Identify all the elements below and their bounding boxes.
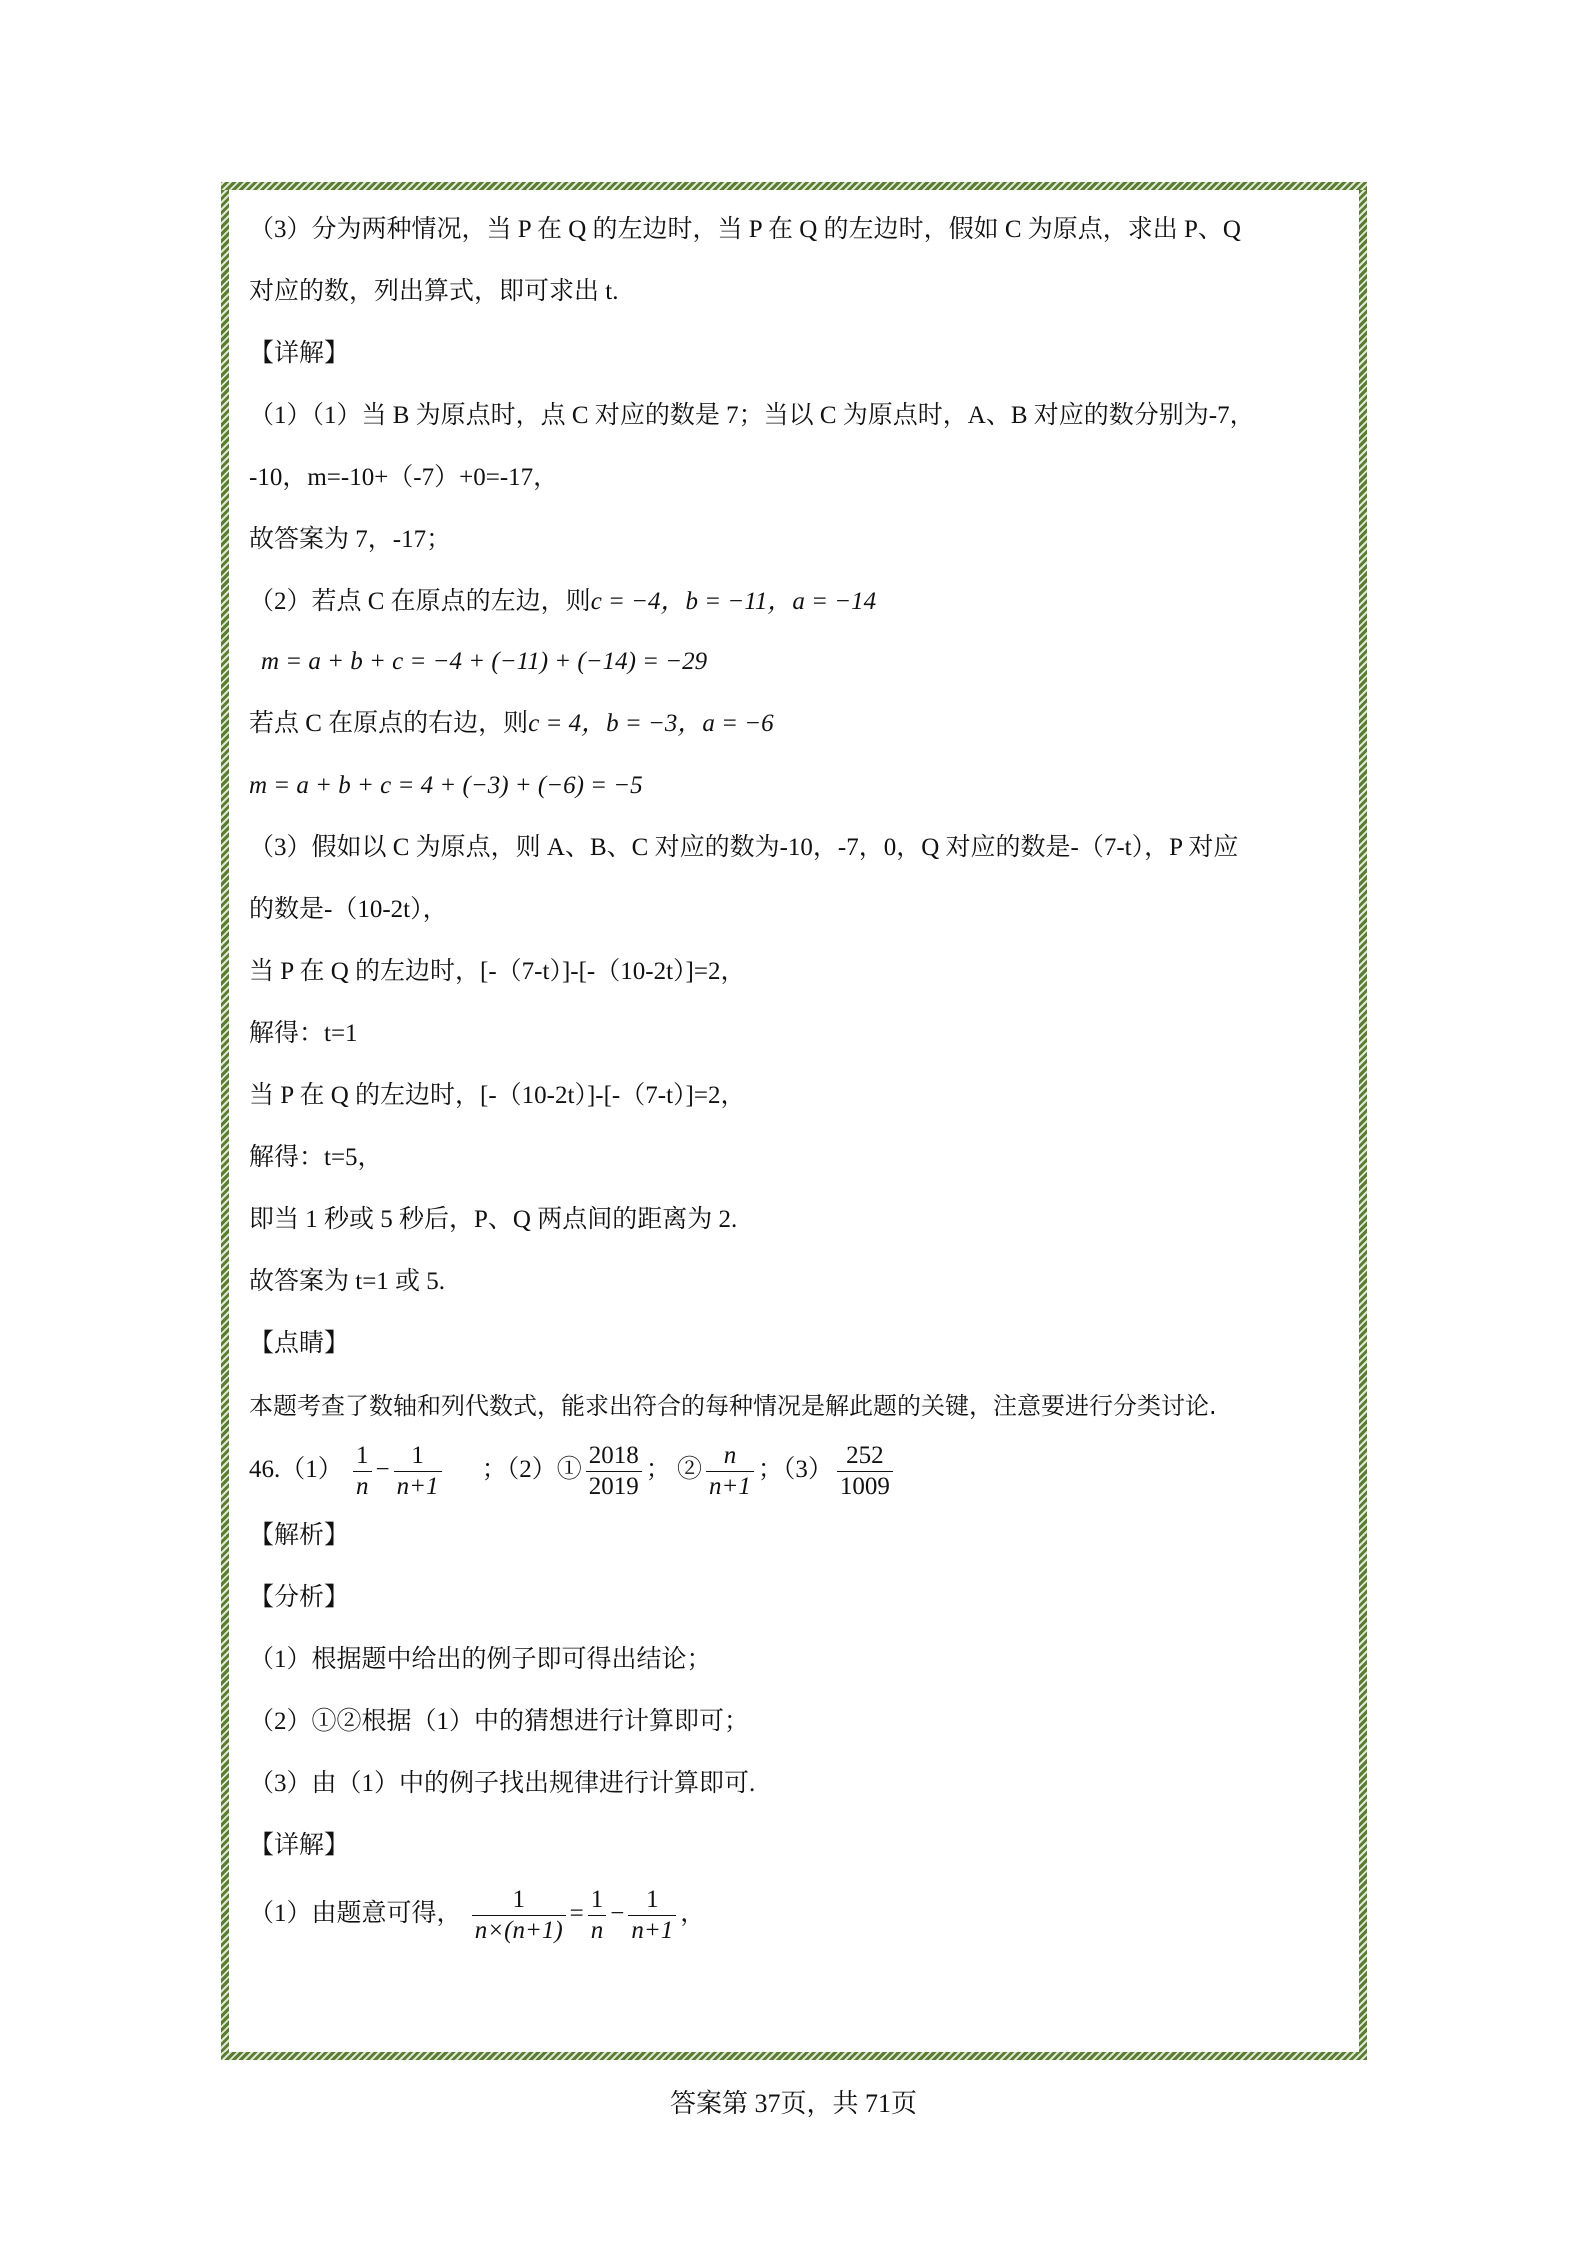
answer-frame: （3）分为两种情况，当 P 在 Q 的左边时，当 P 在 Q 的左边时，假如 C…: [221, 182, 1367, 2060]
minus-sign: −: [610, 1900, 624, 1927]
denominator: n+1: [628, 1915, 676, 1946]
numerator: 252: [843, 1441, 887, 1471]
text-line: 即当 1 秒或 5 秒后，P、Q 两点间的距离为 2.: [249, 1204, 737, 1236]
question-number: 46.: [249, 1456, 280, 1483]
denominator: 2019: [586, 1471, 642, 1502]
denominator: n: [353, 1471, 372, 1502]
question-46-answer: 46.（1） 1n−1n+1 ；（2）①20182019； ②nn+1；（3）2…: [249, 1438, 897, 1502]
numerator: 1: [509, 1885, 528, 1915]
part-label: ；（3）: [758, 1456, 833, 1483]
text-line: （2）①②根据（1）中的猜想进行计算即可；: [249, 1706, 749, 1738]
numerator: 1: [408, 1441, 427, 1471]
fraction: 1n+1: [628, 1885, 676, 1946]
text-line: （2）若点 C 在原点的左边，则c = −4，b = −11，a = −14: [249, 586, 876, 618]
fraction: 1n: [588, 1885, 607, 1946]
text-line: （3）由（1）中的例子找出规律进行计算即可.: [249, 1768, 755, 1800]
equals-sign: =: [570, 1900, 584, 1927]
section-heading-comment: 【点睛】: [249, 1328, 349, 1360]
numerator: n: [721, 1441, 740, 1471]
final-equation-line: （1）由题意可得， 1n×(n+1)=1n−1n+1，: [249, 1878, 705, 1950]
comma: ，: [680, 1900, 705, 1927]
denominator: n+1: [706, 1471, 754, 1502]
text-line: 解得：t=1: [249, 1018, 358, 1050]
section-heading-breakdown: 【分析】: [249, 1582, 349, 1614]
minus-sign: −: [376, 1456, 390, 1483]
text-line: （1）（1）当 B 为原点时，点 C 对应的数是 7；当以 C 为原点时，A、B…: [249, 400, 1255, 432]
denominator: n×(n+1): [472, 1915, 566, 1946]
fraction: 1n: [353, 1441, 372, 1502]
part-label: ； ②: [646, 1456, 702, 1483]
text-span: （1）由题意可得，: [249, 1900, 462, 1927]
text-line: （3）分为两种情况，当 P 在 Q 的左边时，当 P 在 Q 的左边时，假如 C…: [249, 214, 1241, 246]
section-heading-analysis: 【解析】: [249, 1520, 349, 1552]
text-line: 对应的数，列出算式，即可求出 t.: [249, 276, 618, 308]
text-line: 若点 C 在原点的右边，则c = 4，b = −3，a = −6: [249, 708, 774, 740]
fraction: 1n×(n+1): [472, 1885, 566, 1946]
math-expression: c = 4，b = −3，a = −6: [528, 710, 773, 737]
fraction: 1n+1: [394, 1441, 442, 1502]
part-label: （1）: [280, 1456, 343, 1483]
numerator: 1: [588, 1885, 607, 1915]
text-span: （2）若点 C 在原点的左边，则: [249, 588, 591, 615]
text-line: 本题考查了数轴和列代数式，能求出符合的每种情况是解此题的关键，注意要进行分类讨论…: [249, 1390, 1217, 1422]
fraction: nn+1: [706, 1441, 754, 1502]
denominator: n: [588, 1915, 607, 1946]
numerator: 1: [643, 1885, 662, 1915]
math-expression: m = a + b + c = 4 + (−3) + (−6) = −5: [249, 770, 643, 802]
text-line: 解得：t=5，: [249, 1142, 383, 1174]
text-line: 的数是-（10-2t），: [249, 894, 448, 926]
text-line: 故答案为 7，-17；: [249, 524, 451, 556]
page-footer: 答案第 37页，共 71页: [0, 2083, 1587, 2120]
text-line: 当 P 在 Q 的左边时，[-（7-t）]-[-（10-2t）]=2，: [249, 956, 745, 988]
text-line: （1）根据题中给出的例子即可得出结论；: [249, 1644, 712, 1676]
math-expression: m = a + b + c = −4 + (−11) + (−14) = −29: [261, 646, 707, 678]
part-label: ；（2）①: [482, 1456, 582, 1483]
numerator: 2018: [586, 1441, 642, 1471]
fraction: 2521009: [837, 1441, 893, 1502]
denominator: 1009: [837, 1471, 893, 1502]
text-line: （3）假如以 C 为原点，则 A、B、C 对应的数为-10，-7，0，Q 对应的…: [249, 832, 1238, 864]
fraction: 20182019: [586, 1441, 642, 1502]
section-heading-detail: 【详解】: [249, 1830, 349, 1862]
math-expression: c = −4，b = −11，a = −14: [591, 588, 876, 615]
text-line: -10，m=-10+（-7）+0=-17，: [249, 462, 558, 494]
section-heading-detail: 【详解】: [249, 338, 349, 370]
numerator: 1: [353, 1441, 372, 1471]
text-line: 当 P 在 Q 的左边时，[-（10-2t）]-[-（7-t）]=2，: [249, 1080, 745, 1112]
denominator: n+1: [394, 1471, 442, 1502]
text-line: 故答案为 t=1 或 5.: [249, 1266, 445, 1298]
text-span: 若点 C 在原点的右边，则: [249, 710, 528, 737]
